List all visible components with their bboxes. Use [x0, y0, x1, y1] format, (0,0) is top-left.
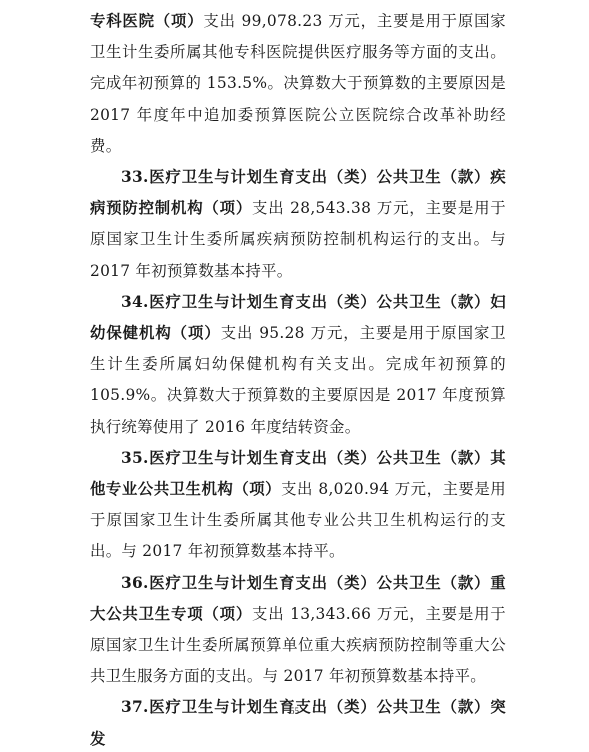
page-number: 55: [0, 706, 589, 716]
paragraph-item-33: 33.医疗卫生与计划生育支出（类）公共卫生（款）疾病预防控制机构（项）支出 28…: [90, 162, 506, 287]
paragraph-item-37: 37.医疗卫生与计划生育支出（类）公共卫生（款）突发: [90, 692, 506, 752]
item-body: 支出 99,078.23 万元，主要是用于原国家卫生计生委所属其他专科医院提供医…: [90, 12, 506, 155]
paragraph-specialty-hospital: 专科医院（项）支出 99,078.23 万元，主要是用于原国家卫生计生委所属其他…: [90, 6, 506, 162]
paragraph-item-36: 36.医疗卫生与计划生育支出（类）公共卫生（款）重大公共卫生专项（项）支出 13…: [90, 568, 506, 693]
document-page: 专科医院（项）支出 99,078.23 万元，主要是用于原国家卫生计生委所属其他…: [90, 6, 506, 752]
item-heading: 专科医院（项）: [90, 12, 203, 30]
paragraph-item-35: 35.医疗卫生与计划生育支出（类）公共卫生（款）其他专业公共卫生机构（项）支出 …: [90, 443, 506, 568]
paragraph-item-34: 34.医疗卫生与计划生育支出（类）公共卫生（款）妇幼保健机构（项）支出 95.2…: [90, 287, 506, 443]
